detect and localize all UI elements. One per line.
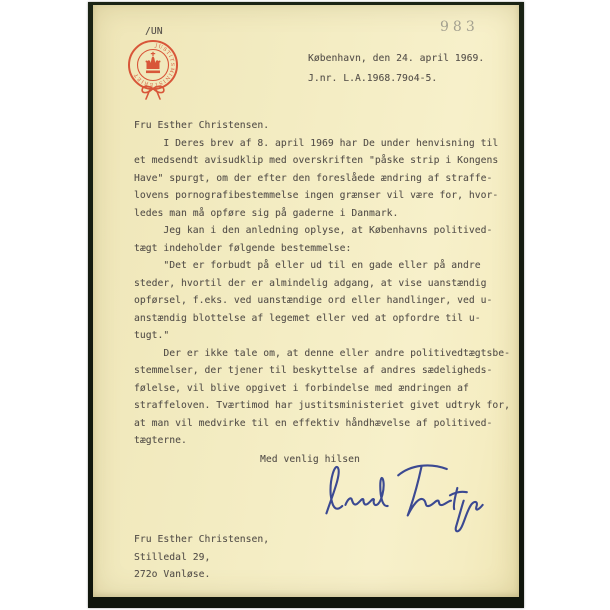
typed-line: I Deres brev af 8. april 1969 har De und… [134, 135, 510, 153]
typed-line: Der er ikke tale om, at denne eller andr… [134, 345, 510, 363]
typed-line: Have" spurgt, om der efter den foreslåed… [134, 170, 510, 188]
typed-line: anstændig blottelse af legemet eller ved… [134, 310, 510, 328]
typed-line: 272o Vanløse. [134, 566, 269, 584]
typed-line: tugt." [134, 327, 510, 345]
typed-line: Fru Esther Christensen. [134, 117, 510, 135]
typed-line: Jeg kan i den anledning oplyse, at Køben… [134, 222, 510, 240]
pencil-lot-number: 983 [440, 19, 479, 35]
typed-line: lovens pornografibestemmelse ingen græns… [134, 187, 510, 205]
typed-line: følelse, vil blive opgivet i forbindelse… [134, 380, 510, 398]
signature-knud-thestrup [318, 460, 508, 535]
typed-line: straffeloven. Tværtimod har justitsminis… [134, 397, 510, 415]
page-background: { "document": { "typist_initials": "/UN"… [0, 0, 610, 610]
typed-line: tægterne. [134, 432, 510, 450]
typed-line: opførsel, f.eks. ved uanstændige ord ell… [134, 292, 510, 310]
recipient-address: Fru Esther Christensen,Stilledal 29,272o… [134, 531, 269, 584]
typed-line: stemmelser, der tjener til beskyttelse a… [134, 362, 510, 380]
letter-paper: /UN JUSTITSMINISTERIET [93, 5, 519, 597]
typed-line: ledes man må opføre sig på gaderne i Dan… [134, 205, 510, 223]
typed-line: steder, hvortil der er almindelig adgang… [134, 275, 510, 293]
letter-body: Fru Esther Christensen. I Deres brev af … [134, 117, 510, 450]
typed-line: Stilledal 29, [134, 549, 269, 567]
typed-line: et medsendt avisudklip med overskriften … [134, 152, 510, 170]
crown-icon [146, 52, 161, 73]
typed-line: "Det er forbudt på eller ud til en gade … [134, 257, 510, 275]
place-date-line: København, den 24. april 1969. [308, 53, 484, 64]
typed-line: Fru Esther Christensen, [134, 531, 269, 549]
typed-line: tægt indeholder følgende bestemmelse: [134, 240, 510, 258]
ministry-crown-seal-icon: JUSTITSMINISTERIET [123, 38, 183, 102]
journal-number-line: J.nr. L.A.1968.79o4-5. [308, 73, 437, 84]
letter-photo: /UN JUSTITSMINISTERIET [88, 2, 524, 608]
typist-initials: /UN [145, 26, 163, 37]
typed-line: at man vil medvirke til en effektiv hånd… [134, 415, 510, 433]
